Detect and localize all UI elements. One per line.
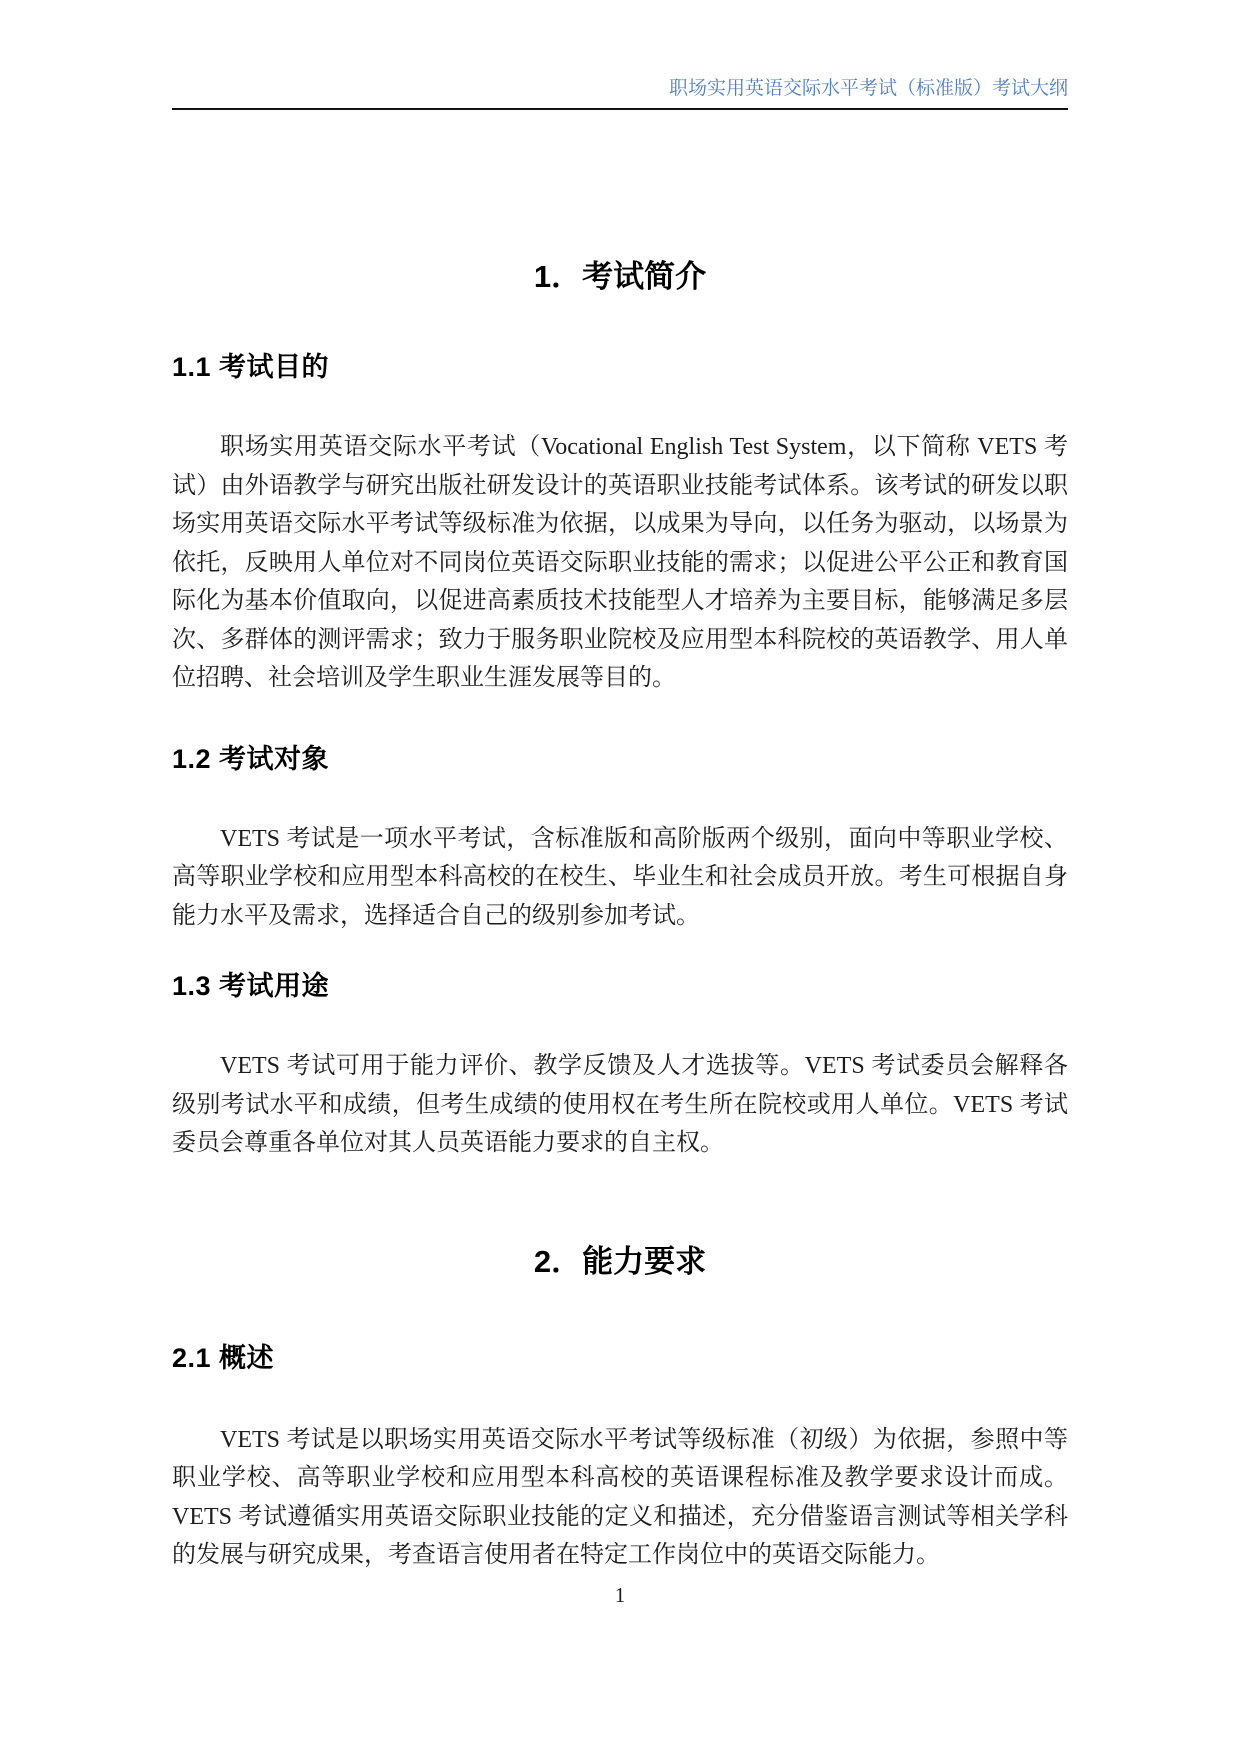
section-1-3-paragraph: VETS 考试可用于能力评价、教学反馈及人才选拔等。VETS 考试委员会解释各级… <box>172 1047 1068 1163</box>
chapter-1-title: 1．考试简介 <box>172 260 1068 294</box>
running-header: 职场实用英语交际水平考试（标准版）考试大纲 <box>172 78 1068 100</box>
section-1-1-paragraph: 职场实用英语交际水平考试（Vocational English Test Sys… <box>172 428 1068 698</box>
section-1-3-heading: 1.3 考试用途 <box>172 971 1068 1001</box>
section-1-2-paragraph: VETS 考试是一项水平考试，含标准版和高阶版两个级别，面向中等职业学校、高等职… <box>172 820 1068 936</box>
page-content: 职场实用英语交际水平考试（标准版）考试大纲 1．考试简介 1.1 考试目的 职场… <box>172 0 1068 1607</box>
page-number: 1 <box>172 1583 1068 1607</box>
header-divider <box>172 108 1068 110</box>
section-2-1-paragraph: VETS 考试是以职场实用英语交际水平考试等级标准（初级）为依据，参照中等职业学… <box>172 1421 1068 1575</box>
section-1-1-heading: 1.1 考试目的 <box>172 352 1068 382</box>
document-page: 职场实用英语交际水平考试（标准版）考试大纲 1．考试简介 1.1 考试目的 职场… <box>0 0 1240 1753</box>
chapter-2-title: 2．能力要求 <box>172 1245 1068 1279</box>
section-2-1-heading: 2.1 概述 <box>172 1343 1068 1373</box>
section-1-2-heading: 1.2 考试对象 <box>172 744 1068 774</box>
